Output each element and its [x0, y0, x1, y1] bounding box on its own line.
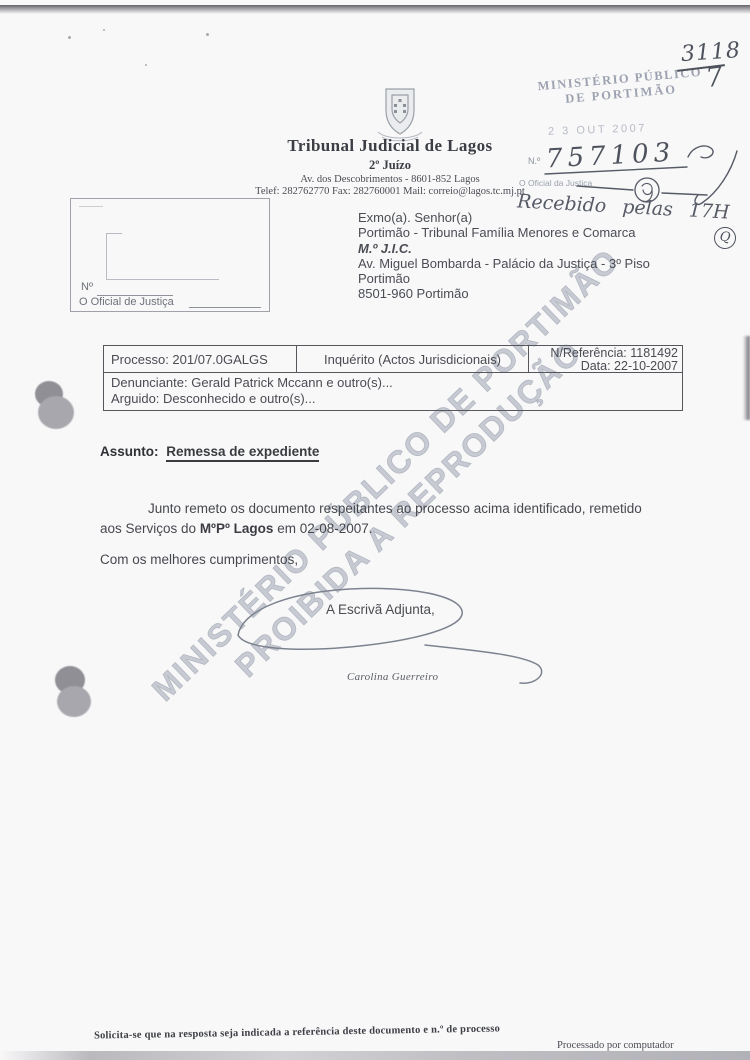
scan-speck	[103, 29, 105, 31]
addressee-line: M.º J.I.C.	[358, 241, 650, 256]
letterhead: Tribunal Judicial de Lagos 2º Juízo Av. …	[230, 136, 550, 197]
court-division: 2º Juízo	[230, 158, 550, 173]
addressee-line: Portimão - Tribunal Família Menores e Co…	[358, 225, 650, 240]
addressee-line: Portimão	[358, 271, 650, 286]
arguido-value: Arguido: Desconhecido e outro(s)...	[111, 391, 682, 407]
court-name: Tribunal Judicial de Lagos	[230, 136, 550, 156]
signature-title: A Escrivã Adjunta,	[326, 602, 435, 617]
signature-name: Carolina Guerreiro	[347, 671, 438, 683]
paragraph-text: em 02-08-2007.	[273, 521, 372, 536]
footer-processed-by: Processado por computador	[557, 1040, 674, 1051]
paragraph-bold-text: MºPº Lagos	[200, 521, 274, 536]
inquerito-cell: Inquérito (Actos Jurisdicionais)	[297, 346, 529, 372]
subject-line: Assunto: Remessa de expediente	[100, 444, 319, 459]
case-reference-table: Processo: 201/07.0GALGS Inquérito (Actos…	[103, 345, 683, 411]
scan-speck	[206, 33, 209, 36]
scanned-court-letter: MINISTÉRIO PÚBLICO DE PORTIMÃO PROIBIDA …	[0, 0, 750, 1060]
scan-edge-streak	[743, 336, 750, 420]
signature-flourish	[200, 583, 545, 703]
paragraph-text: aos Serviços do	[100, 521, 200, 536]
denunciante-value: Denunciante: Gerald Patrick Mccann e out…	[111, 375, 682, 391]
box-oficial-label: O Oficial de Justiça	[79, 296, 174, 308]
scan-top-edge	[0, 5, 750, 14]
referencia-cell: N/Referência: 1181492 Data: 22-10-2007	[529, 346, 682, 372]
table-row: Denunciante: Gerald Patrick Mccann e out…	[104, 373, 682, 410]
body-paragraph-line1: Junto remeto os documento respeitantes a…	[148, 501, 693, 516]
box-oficial-line	[189, 307, 261, 308]
table-row: Processo: 201/07.0GALGS Inquérito (Actos…	[104, 346, 682, 373]
addressee-block: Exmo(a). Senhor(a) Portimão - Tribunal F…	[358, 210, 650, 302]
punch-hole	[33, 381, 75, 431]
subject-label: Assunto:	[100, 444, 159, 459]
footer-note: Solicita-se que na resposta seja indicad…	[94, 1023, 500, 1041]
court-contacts: Telef: 282762770 Fax: 282760001 Mail: co…	[230, 186, 550, 197]
addressee-line: 8501-960 Portimão	[358, 286, 650, 301]
closing-line: Com os melhores cumprimentos,	[100, 552, 298, 567]
ministerio-publico-stamp: MINISTÉRIO PÚBLICO DE PORTIMÃO	[517, 63, 724, 111]
data-value: Data: 22-10-2007	[529, 360, 678, 373]
scan-bottom-edge	[0, 1051, 750, 1060]
body-paragraph-line2: aos Serviços do MºPº Lagos em 02-08-2007…	[100, 521, 660, 536]
addressee-line: Exmo(a). Senhor(a)	[358, 210, 650, 225]
justice-officer-stamp-box: Nº O Oficial de Justiça	[70, 198, 270, 312]
box-numero-label: Nº	[81, 281, 93, 293]
court-address: Av. dos Descobrimentos - 8601-852 Lagos	[230, 174, 550, 185]
addressee-line: Av. Miguel Bombarda - Palácio da Justiça…	[358, 256, 650, 271]
date-stamp: 2 3 OUT 2007	[548, 122, 647, 137]
subject-value: Remessa de expediente	[166, 444, 319, 462]
scan-speck	[68, 36, 71, 39]
scan-speck	[145, 64, 147, 66]
punch-hole	[52, 666, 96, 718]
processo-cell: Processo: 201/07.0GALGS	[104, 346, 297, 372]
